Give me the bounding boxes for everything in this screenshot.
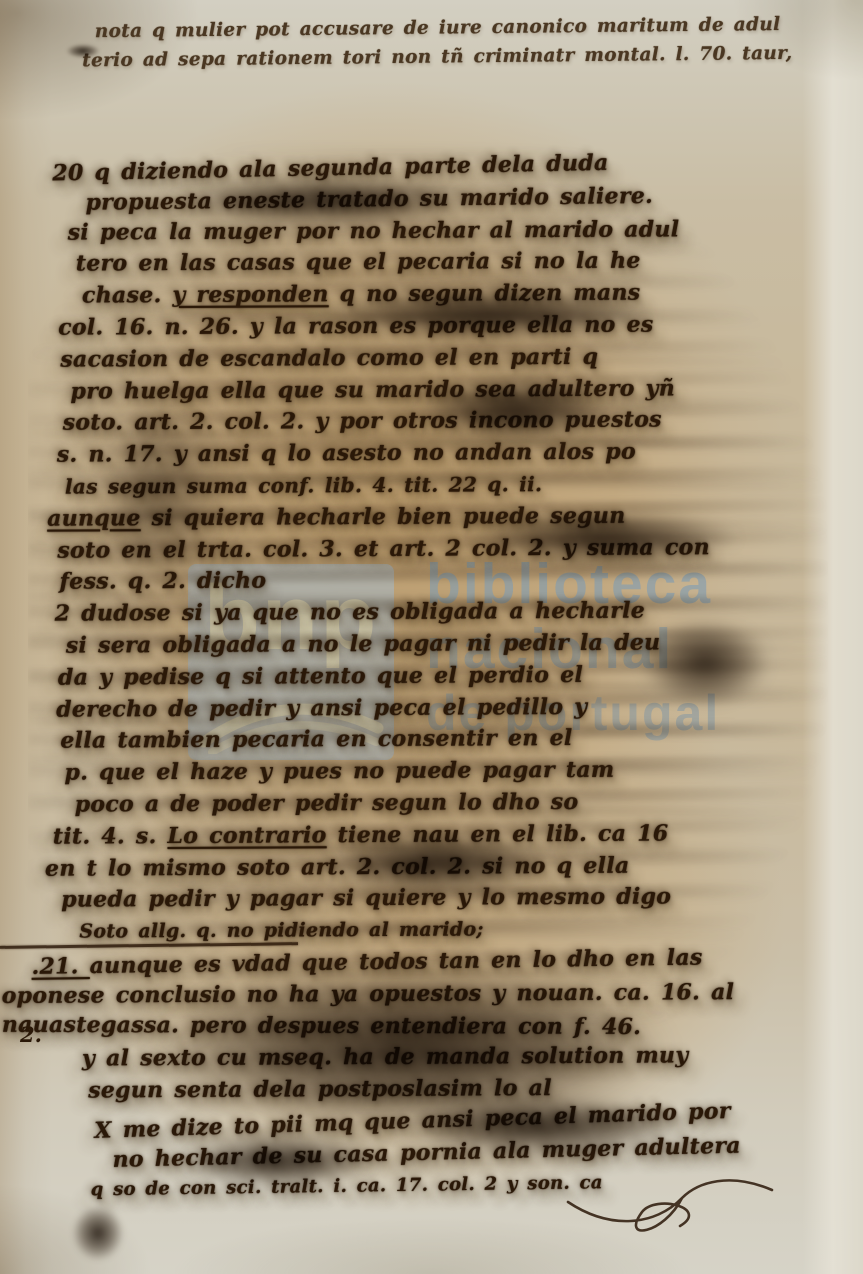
manuscript-line: tero en las casas que el pecaria si no l…	[76, 245, 737, 280]
ink-stain	[400, 1095, 680, 1157]
ink-stain	[640, 620, 770, 705]
manuscript-line: terio ad sepa rationem tori non tñ crimi…	[82, 39, 793, 75]
manuscript-line: da y pedise q si attento que el perdio e…	[58, 659, 739, 694]
signature-flourish	[560, 1168, 795, 1243]
ink-smudge	[66, 44, 100, 58]
manuscript-line: sacasion de escandalo como el en parti q	[60, 341, 737, 376]
manuscript-line: p. que el haze y pues no puede pagar tam	[64, 754, 739, 789]
ink-stain	[320, 832, 550, 894]
ink-stain	[170, 178, 480, 224]
ink-stain	[420, 378, 610, 440]
manuscript-line: si sera obligada a no le pagar ni pedir …	[66, 627, 739, 662]
ink-stain	[320, 288, 660, 338]
ink-stain	[100, 395, 220, 595]
manuscript-line: derecho de pedir y ansi peca el pedillo …	[56, 691, 739, 726]
manuscript-line: poco a de poder pedir segun lo dho so	[75, 786, 740, 821]
manuscript-line: ella tambien pecaria en consentir en el	[60, 722, 739, 757]
ink-stain	[470, 512, 740, 564]
ink-stain	[185, 1135, 375, 1187]
marginal-note-latin: nota q mulier pot accusare de iure canon…	[0, 10, 793, 76]
manuscript-line: 2 dudose si ya que no es obligada a hech…	[55, 595, 739, 630]
manuscript-page: bnp biblioteca nacional de portugal nota…	[0, 0, 863, 1274]
margin-number: 2.	[20, 1022, 42, 1047]
ink-blot	[72, 1205, 124, 1261]
